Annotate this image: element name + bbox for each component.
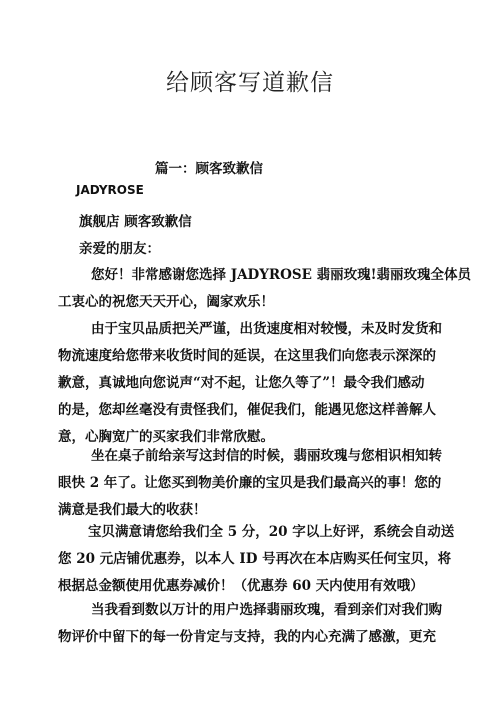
- paragraph-line: 眼快 2 年了。让您买到物美价廉的宝贝是我们最高兴的事！您的: [58, 470, 448, 497]
- paragraph-line: 由于宝贝品质把关严谨，出货速度相对较慢，未及时发货和: [58, 316, 448, 343]
- brand-name: JADYROSE: [76, 183, 144, 197]
- paragraph-line: 工衷心的祝您天天开心，阖家欢乐！: [58, 289, 448, 316]
- paragraph-line: 物流速度给您带来收货时间的延误，在这里我们向您表示深深的: [58, 343, 448, 370]
- paragraph-3: 坐在桌子前给亲写这封信的时候，翡丽玫瑰与您相识相知转 眼快 2 年了。让您买到物…: [58, 443, 448, 524]
- greeting: 亲爱的朋友：: [79, 237, 160, 257]
- document-title: 给顾客写道歉信: [0, 64, 500, 97]
- paragraph-2: 由于宝贝品质把关严谨，出货速度相对较慢，未及时发货和 物流速度给您带来收货时间的…: [58, 316, 448, 451]
- paragraph-5: 当我看到数以万计的用户选择翡丽玫瑰，看到亲们对我们购 物评价中留下的每一份肯定与…: [58, 597, 448, 651]
- paragraph-line: 的是，您却丝毫没有责怪我们，催促我们，能遇见您这样善解人: [58, 397, 448, 424]
- paragraph-1: 您好！非常感谢您选择 JADYROSE 翡丽玫瑰!翡丽玫瑰全体员 工衷心的祝您天…: [58, 262, 448, 316]
- paragraph-line: 您 20 元店铺优惠券，以本人 ID 号再次在本店购买任何宝贝，将: [58, 546, 448, 573]
- paragraph-line: 物评价中留下的每一份肯定与支持，我的内心充满了感激，更充: [58, 624, 448, 651]
- paragraph-line: 您好！非常感谢您选择 JADYROSE 翡丽玫瑰!翡丽玫瑰全体员: [58, 262, 448, 289]
- paragraph-line: 坐在桌子前给亲写这封信的时候，翡丽玫瑰与您相识相知转: [58, 443, 448, 470]
- paragraph-line: 宝贝满意请您给我们全 5 分，20 字以上好评，系统会自动送: [58, 519, 448, 546]
- store-line: 旗舰店 顾客致歉信: [79, 210, 192, 230]
- paragraph-4: 宝贝满意请您给我们全 5 分，20 字以上好评，系统会自动送 您 20 元店铺优…: [58, 519, 448, 600]
- section-heading: 篇一：顾客致歉信: [155, 157, 263, 177]
- paragraph-line: 根据总金额使用优惠券减价！（优惠券 60 天内使用有效哦）: [58, 573, 448, 600]
- paragraph-line: 当我看到数以万计的用户选择翡丽玫瑰，看到亲们对我们购: [58, 597, 448, 624]
- paragraph-line: 歉意，真诚地向您说声“对不起，让您久等了”！最令我们感动: [58, 370, 448, 397]
